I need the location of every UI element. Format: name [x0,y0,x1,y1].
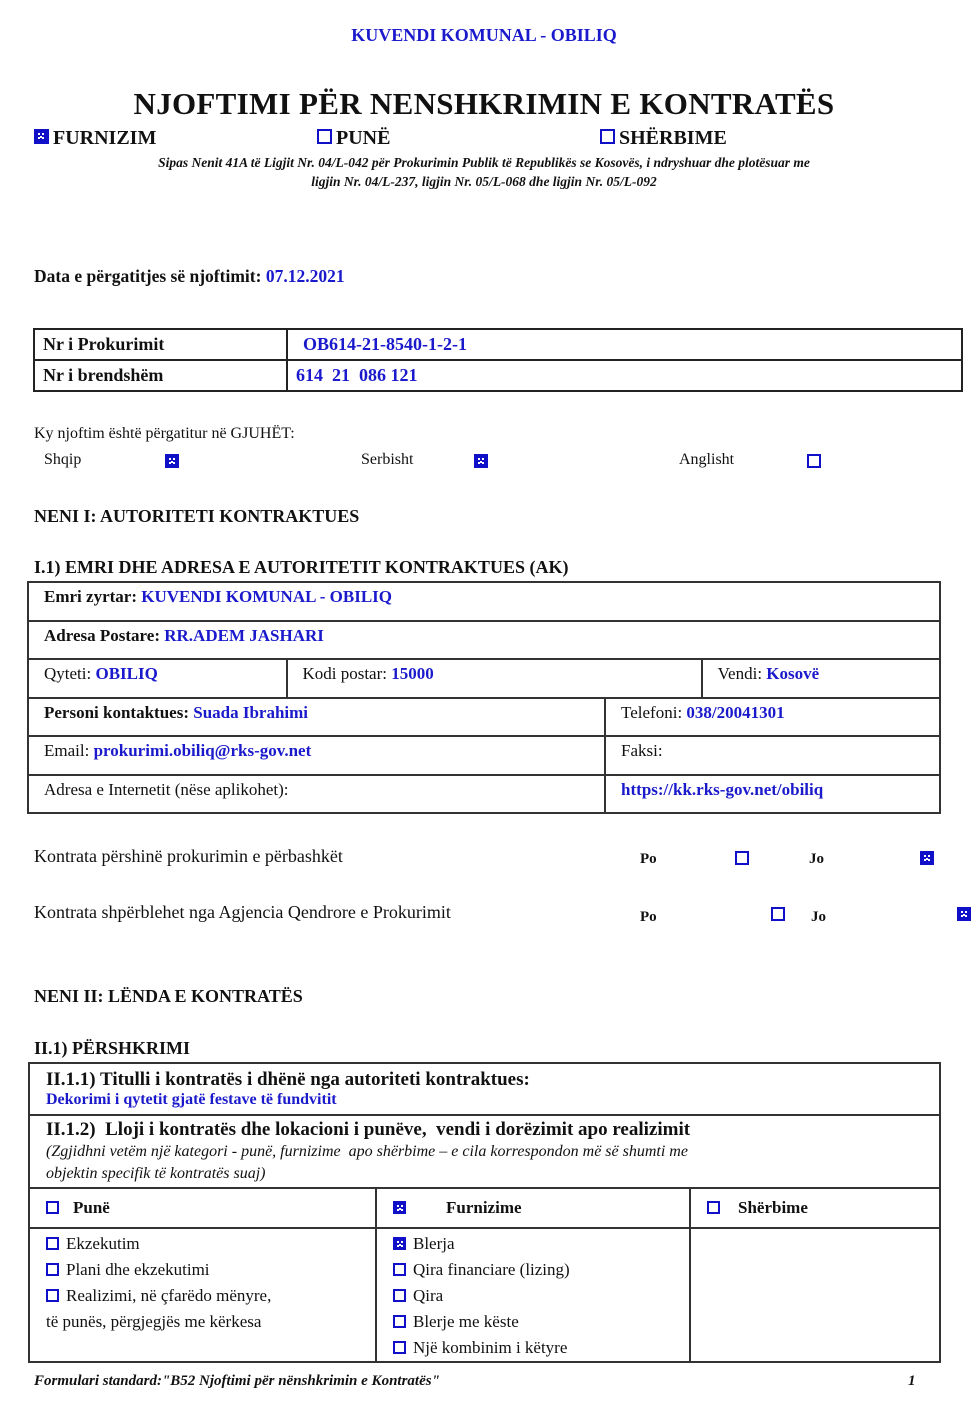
internal-number-label: Nr i brendshëm [34,360,287,391]
section1-subtitle: I.1) EMRI DHE ADRESA E AUTORITETIT KONTR… [34,557,568,578]
checkbox-icon[interactable] [46,1201,59,1214]
option-item[interactable]: Ekzekutim [46,1231,375,1257]
table-row: Adresa Postare: RR.ADEM JASHARI [28,621,940,660]
table-row: Personi kontaktues: Suada Ibrahimi Telef… [28,698,940,737]
option-item[interactable]: Qira [393,1283,689,1309]
official-name-label: Emri zyrtar: [44,587,137,606]
city-cell: Qyteti: OBILIQ [28,659,287,698]
option-item[interactable]: Blerja [393,1231,689,1257]
fax-label: Faksi: [621,741,663,760]
checkbox-checked-icon[interactable] [393,1201,406,1214]
procurement-number-value: OB614-21-8540-1-2-1 [287,329,962,360]
category-pune-header[interactable]: Punë [29,1188,376,1228]
category-label: Furnizime [446,1198,522,1217]
contact-person-label: Personi kontaktues: [44,703,189,722]
table-row: Email: prokurimi.obiliq@rks-gov.net Faks… [28,736,940,775]
checkbox-icon[interactable] [393,1289,406,1302]
table-row: Nr i brendshëm 614 21 086 121 [34,360,962,391]
contract-type-furnizim[interactable]: FURNIZIM [34,127,156,150]
phone-value: 038/20041301 [686,703,784,722]
contract-type-label: PUNË [336,127,390,149]
language-label-shqip: Shqip [44,451,81,469]
table-row: Emri zyrtar: KUVENDI KOMUNAL - OBILIQ [28,582,940,621]
joint-procurement-no-checkbox[interactable] [920,851,934,865]
option-item[interactable]: Plani dhe ekzekutimi [46,1257,375,1283]
preparation-date: Data e përgatitjes së njoftimit: 07.12.2… [34,266,345,287]
city-value: OBILIQ [95,664,157,683]
section2-title: NENI II: LËNDA E KONTRATËS [34,986,303,1007]
contract-type-note: objektin specifik të kontratës suaj) [46,1163,939,1185]
contract-type-heading: II.1.2) Lloji i kontratës dhe lokacioni … [46,1119,939,1141]
contract-type-note: (Zgjidhni vetëm një kategori - punë, fur… [46,1141,939,1163]
contract-description-table: II.1.1) Titulli i kontratës i dhënë nga … [28,1062,941,1363]
category-label: Shërbime [738,1198,808,1217]
contract-type-sherbime[interactable]: SHËRBIME [600,127,727,150]
joint-procurement-question: Kontrata përshinë prokurimin e përbashkë… [34,846,343,867]
yes-label: Po [640,909,657,926]
checkbox-icon[interactable] [46,1237,59,1250]
option-label-continued: të punës, përgjegjës me kërkesa [46,1309,375,1335]
email-value[interactable]: prokurimi.obiliq@rks-gov.net [94,741,312,760]
no-label: Jo [811,909,826,926]
postal-address-value: RR.ADEM JASHARI [164,626,324,645]
section1-title: NENI I: AUTORITETI KONTRAKTUES [34,506,359,527]
checkbox-icon[interactable] [600,129,615,144]
table-row: Punë Furnizime Shërbime [29,1188,940,1228]
legal-note-line: ligjin Nr. 04/L-237, ligjin Nr. 05/L-068… [0,172,968,191]
footer-form-name: Formulari standard:"B52 Njoftimi për nën… [34,1373,440,1390]
option-label: Qira financiare (lizing) [413,1260,570,1279]
contract-type-pune[interactable]: PUNË [317,127,390,150]
option-label: Realizimi, në çfarëdo mënyre, [66,1286,271,1305]
document-title: NJOFTIMI PËR NENSHKRIMIN E KONTRATËS [0,86,968,122]
option-item[interactable]: Realizimi, në çfarëdo mënyre, [46,1283,375,1309]
official-name-value: KUVENDI KOMUNAL - OBILIQ [141,587,392,606]
postal-code-label: Kodi postar: [302,664,387,683]
option-label: Qira [413,1286,443,1305]
checkbox-checked-icon[interactable] [393,1237,406,1250]
country-value: Kosovë [766,664,819,683]
postal-address-cell: Adresa Postare: RR.ADEM JASHARI [28,621,940,660]
checkbox-icon[interactable] [393,1315,406,1328]
procurement-number-table: Nr i Prokurimit OB614-21-8540-1-2-1 Nr i… [33,328,963,392]
option-label: Blerje me këste [413,1312,519,1331]
central-agency-no-checkbox[interactable] [957,907,971,921]
checkbox-icon[interactable] [393,1341,406,1354]
contracting-authority-table: Emri zyrtar: KUVENDI KOMUNAL - OBILIQ Ad… [27,581,941,814]
option-label: Ekzekutim [66,1234,140,1253]
table-row: Adresa e Internetit (nëse aplikohet): ht… [28,775,940,814]
phone-label: Telefoni: [621,703,682,722]
table-row: II.1.2) Lloji i kontratës dhe lokacioni … [29,1115,940,1188]
language-label-serbisht: Serbisht [361,451,413,469]
table-row: II.1.1) Titulli i kontratës i dhënë nga … [29,1063,940,1115]
option-item[interactable]: Blerje me këste [393,1309,689,1335]
category-sherbime-header[interactable]: Shërbime [690,1188,940,1228]
option-item[interactable]: Një kombinim i këtyre [393,1335,689,1361]
contract-title-value: Dekorimi i qytetit gjatë festave të fund… [46,1091,939,1109]
email-cell: Email: prokurimi.obiliq@rks-gov.net [28,736,605,775]
language-checkbox-serbisht[interactable] [474,454,488,468]
checkbox-icon[interactable] [317,129,332,144]
furnizime-options: Blerja Qira financiare (lizing) Qira Ble… [376,1228,690,1362]
option-item[interactable]: Qira financiare (lizing) [393,1257,689,1283]
organization-header: KUVENDI KOMUNAL - OBILIQ [0,25,968,46]
website-label-cell: Adresa e Internetit (nëse aplikohet): [28,775,605,814]
website-link[interactable]: https://kk.rks-gov.net/obiliq [621,780,823,799]
category-furnizime-header[interactable]: Furnizime [376,1188,690,1228]
city-label: Qyteti: [44,664,91,683]
option-label: Një kombinim i këtyre [413,1338,567,1357]
central-agency-yes-checkbox[interactable] [771,907,785,921]
website-label: Adresa e Internetit (nëse aplikohet): [44,780,289,799]
checkbox-icon[interactable] [46,1263,59,1276]
country-label: Vendi: [718,664,762,683]
section2-subtitle: II.1) PËRSHKRIMI [34,1038,190,1059]
contract-title-heading: II.1.1) Titulli i kontratës i dhënë nga … [46,1069,939,1091]
preparation-date-label: Data e përgatitjes së njoftimit: [34,266,261,286]
contract-type-label: SHËRBIME [619,127,727,149]
language-checkbox-anglisht[interactable] [807,454,821,468]
table-row: Ekzekutim Plani dhe ekzekutimi Realizimi… [29,1228,940,1362]
pune-options: Ekzekutim Plani dhe ekzekutimi Realizimi… [29,1228,376,1362]
central-agency-question: Kontrata shpërblehet nga Agjencia Qendro… [34,902,451,923]
phone-cell: Telefoni: 038/20041301 [605,698,940,737]
postal-code-value: 15000 [391,664,434,683]
option-label: Blerja [413,1234,455,1253]
table-row: Nr i Prokurimit OB614-21-8540-1-2-1 [34,329,962,360]
country-cell: Vendi: Kosovë [702,659,940,698]
contract-type-cell: II.1.2) Lloji i kontratës dhe lokacioni … [29,1115,940,1188]
legal-note: Sipas Nenit 41A të Ligjit Nr. 04/L-042 p… [0,153,968,191]
preparation-date-value: 07.12.2021 [266,266,345,286]
contact-person-cell: Personi kontaktues: Suada Ibrahimi [28,698,605,737]
language-checkbox-shqip[interactable] [165,454,179,468]
checkbox-icon[interactable] [707,1201,720,1214]
contact-person-value: Suada Ibrahimi [193,703,308,722]
checkbox-icon[interactable] [393,1263,406,1276]
option-label: Plani dhe ekzekutimi [66,1260,210,1279]
postal-address-label: Adresa Postare: [44,626,160,645]
official-name-cell: Emri zyrtar: KUVENDI KOMUNAL - OBILIQ [28,582,940,621]
website-value-cell: https://kk.rks-gov.net/obiliq [605,775,940,814]
email-label: Email: [44,741,89,760]
no-label: Jo [809,851,824,868]
contract-type-label: FURNIZIM [53,127,156,149]
internal-number-value: 614 21 086 121 [287,360,962,391]
language-label-anglisht: Anglisht [679,451,734,469]
procurement-number-label: Nr i Prokurimit [34,329,287,360]
legal-note-line: Sipas Nenit 41A të Ligjit Nr. 04/L-042 p… [0,153,968,172]
joint-procurement-yes-checkbox[interactable] [735,851,749,865]
contract-title-cell: II.1.1) Titulli i kontratës i dhënë nga … [29,1063,940,1115]
checkbox-icon[interactable] [46,1289,59,1302]
postal-code-cell: Kodi postar: 15000 [287,659,701,698]
languages-intro: Ky njoftim është përgatitur në GJUHËT: [34,425,295,443]
category-label: Punë [73,1198,110,1217]
table-row: Qyteti: OBILIQ Kodi postar: 15000 Vendi:… [28,659,940,698]
yes-label: Po [640,851,657,868]
sherbime-options [690,1228,940,1362]
fax-cell: Faksi: [605,736,940,775]
checkbox-checked-icon[interactable] [34,129,49,144]
page-number: 1 [908,1373,916,1390]
